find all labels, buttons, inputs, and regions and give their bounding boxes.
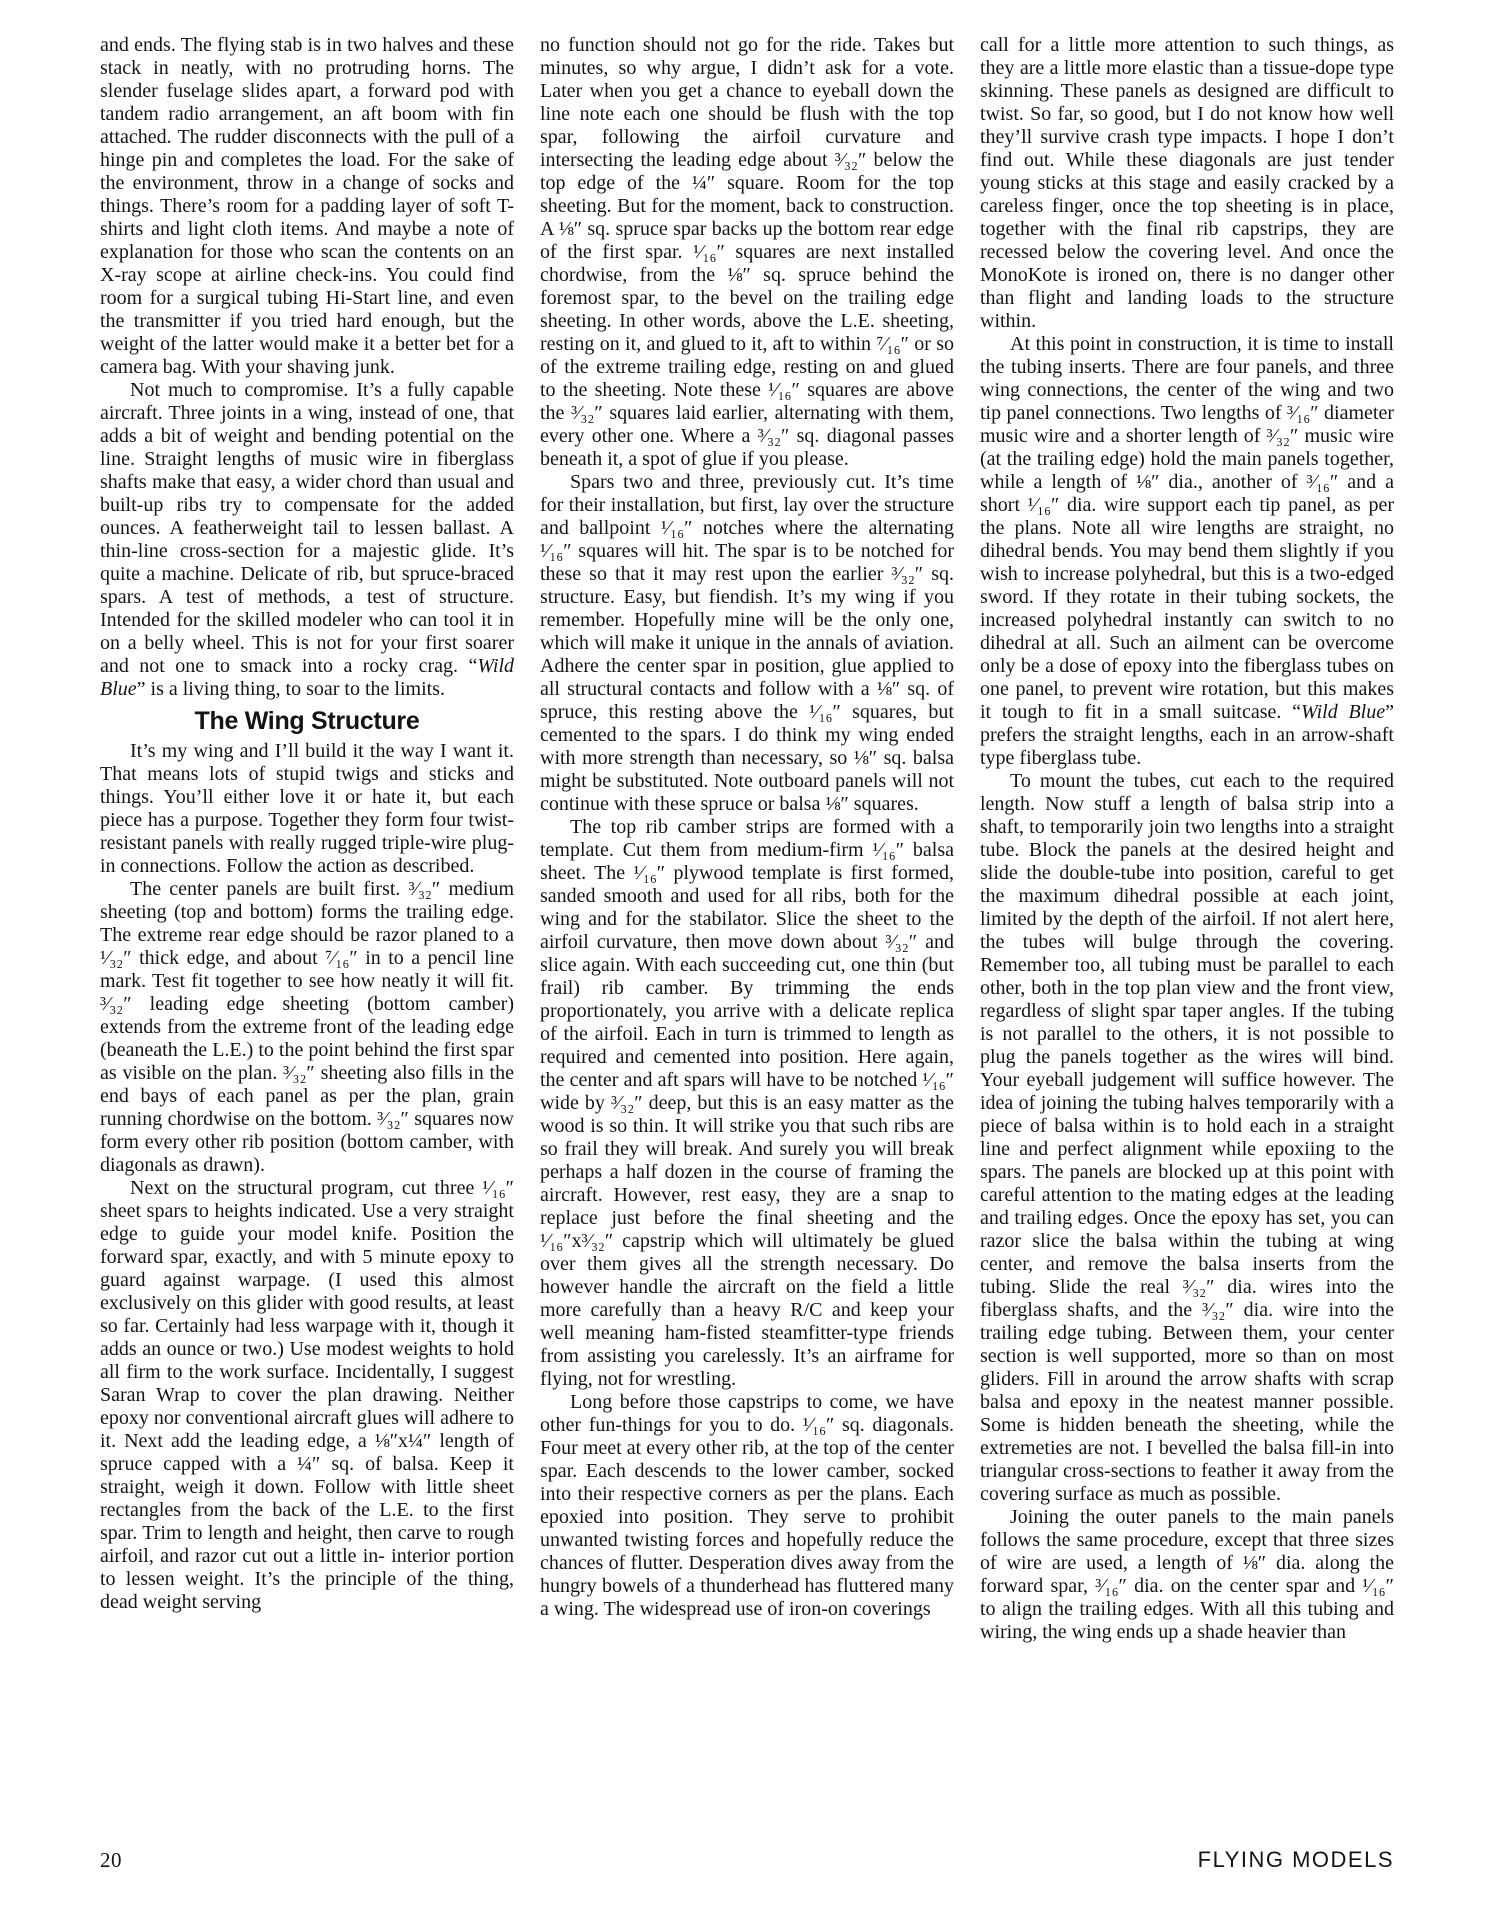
- paragraph-continuation: no function should not go for the ride. …: [540, 34, 954, 471]
- paragraph: Long before those capstrips to come, we …: [540, 1391, 954, 1621]
- paragraph: It’s my wing and I’ll build it the way I…: [100, 740, 514, 878]
- paragraph: The center panels are built first. ³⁄₃₂″…: [100, 878, 514, 1177]
- paragraph: The top rib camber strips are formed wit…: [540, 816, 954, 1391]
- paragraph: Next on the structural program, cut thre…: [100, 1177, 514, 1614]
- paragraph-continuation: call for a little more attention to such…: [980, 34, 1394, 333]
- magazine-name: FLYING MODELS: [1198, 1847, 1394, 1873]
- magazine-page: and ends. The flying stab is in two halv…: [0, 0, 1500, 1927]
- paragraph: To mount the tubes, cut each to the requ…: [980, 770, 1394, 1506]
- column-3: call for a little more attention to such…: [980, 34, 1394, 1644]
- paragraph-continuation: and ends. The flying stab is in two halv…: [100, 34, 514, 379]
- paragraph: Not much to compromise. It’s a fully cap…: [100, 379, 514, 701]
- paragraph: Spars two and three, previously cut. It’…: [540, 471, 954, 816]
- paragraph: At this point in construction, it is tim…: [980, 333, 1394, 770]
- column-1: and ends. The flying stab is in two halv…: [100, 34, 514, 1644]
- page-number: 20: [100, 1848, 122, 1873]
- column-2: no function should not go for the ride. …: [540, 34, 954, 1644]
- section-heading: The Wing Structure: [100, 710, 514, 733]
- article-columns: and ends. The flying stab is in two halv…: [100, 34, 1394, 1644]
- paragraph: Joining the outer panels to the main pan…: [980, 1506, 1394, 1644]
